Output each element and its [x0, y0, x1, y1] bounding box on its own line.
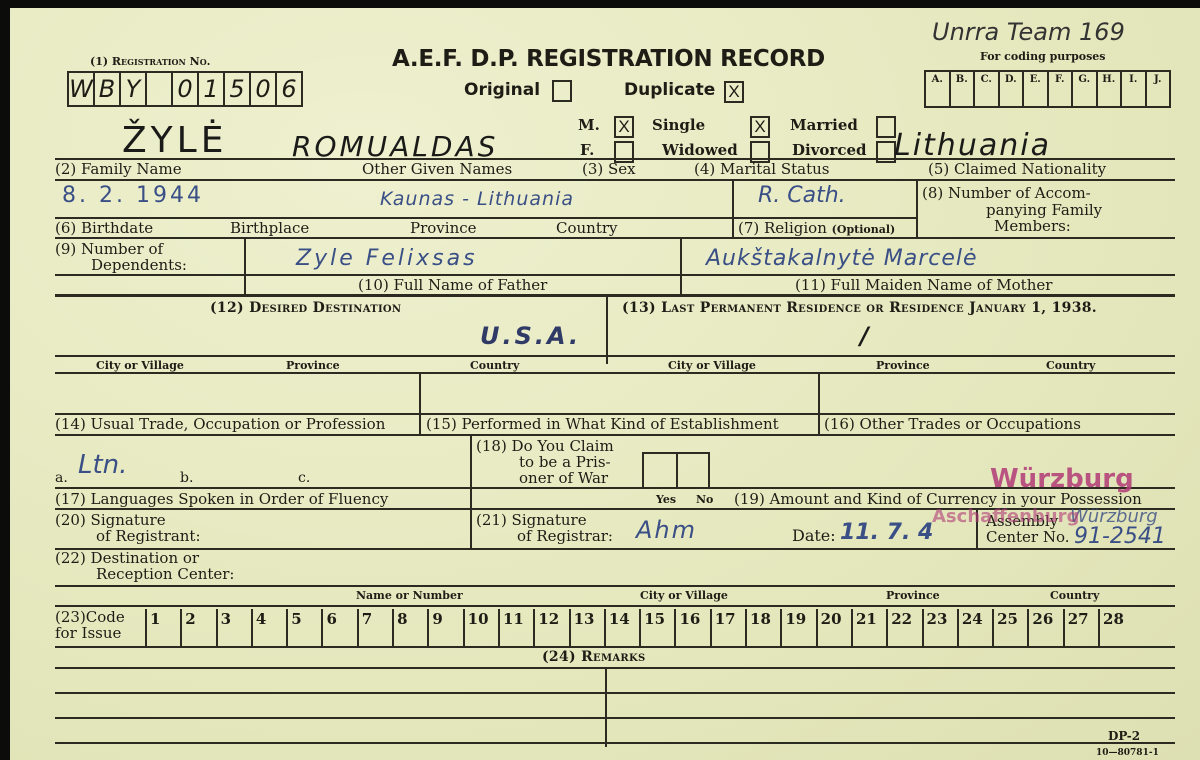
given-names-label: Other Given Names [362, 161, 512, 177]
pow-label-3: oner of War [519, 470, 608, 486]
divider [55, 667, 1175, 669]
issue-cell: 16 [674, 609, 709, 647]
issue-cell: 17 [710, 609, 745, 647]
registrar-label-1: (21) Signature [476, 512, 587, 528]
sex-f-label: F. [580, 142, 594, 158]
coding-cell: J. [1147, 72, 1170, 106]
divider [55, 585, 1175, 587]
remarks-line [55, 717, 1175, 719]
residence-value: / [860, 322, 869, 350]
father-label: (10) Full Name of Father [358, 277, 547, 293]
country-label: Country [556, 220, 618, 236]
pow-label-2: to be a Pris- [519, 454, 611, 470]
divider [419, 372, 421, 434]
accompanying-label-2: panying Family [986, 202, 1102, 218]
desired-destination-value: U.S.A. [480, 322, 581, 350]
trade-label: (14) Usual Trade, Occupation or Professi… [55, 416, 385, 432]
single-checkbox[interactable]: X [750, 116, 770, 138]
issue-cell: 2 [180, 609, 215, 647]
single-label: Single [652, 117, 705, 133]
lang-a-value: Ltn. [78, 450, 127, 480]
marital-label: (4) Marital Status [694, 161, 829, 177]
duplicate-checkbox[interactable]: X [724, 81, 744, 103]
divider [606, 296, 608, 364]
issue-cell: 3 [216, 609, 251, 647]
issue-group-country: Country [1050, 588, 1099, 604]
issue-cell: 15 [639, 609, 674, 647]
issue-cell: 7 [357, 609, 392, 647]
coding-cell: F. [1049, 72, 1074, 106]
divider [244, 237, 246, 295]
issue-cell: 26 [1027, 609, 1062, 647]
divider [55, 355, 1175, 357]
pow-yes-box[interactable] [642, 452, 678, 488]
divider [916, 179, 918, 239]
coding-cell: B. [951, 72, 976, 106]
reg-cell: 0 [251, 73, 277, 105]
desired-destination-label: (12) Desired Destination [210, 300, 401, 316]
date-value: 11. 7. 4 [840, 520, 933, 545]
reg-cell [147, 73, 173, 105]
remarks-line [55, 692, 1175, 694]
divider [680, 237, 682, 295]
reg-cell: 0 [173, 73, 199, 105]
original-label: Original [464, 80, 540, 100]
coding-cell: A. [926, 72, 951, 106]
stamp-wurzburg: Würzburg [990, 464, 1134, 494]
reg-cell: 1 [199, 73, 225, 105]
coding-cell: I. [1122, 72, 1147, 106]
registration-number-box: W B Y 0 1 5 0 6 [67, 71, 303, 107]
languages-label: (17) Languages Spoken in Order of Fluenc… [55, 491, 388, 507]
divider [732, 179, 734, 239]
issue-group-province: Province [886, 588, 940, 604]
divider [55, 548, 1175, 550]
reception-label-2: Reception Center: [96, 566, 234, 582]
center-number-value: 91-2541 [1074, 524, 1166, 549]
issue-cell: 25 [992, 609, 1027, 647]
coding-label: For coding purposes [980, 49, 1106, 65]
issue-cell: 12 [533, 609, 568, 647]
divider [605, 667, 607, 747]
reg-cell: 6 [277, 73, 301, 105]
duplicate-label: Duplicate [624, 80, 715, 100]
registrar-signature: Ahm [636, 516, 697, 544]
issue-cell: 8 [392, 609, 427, 647]
sex-label: (3) Sex [582, 161, 636, 177]
lang-b-label: b. [180, 470, 193, 486]
date-label: Date: [792, 528, 836, 544]
reg-cell: W [69, 73, 95, 105]
mother-label: (11) Full Maiden Name of Mother [795, 277, 1052, 293]
pow-no-label: No [696, 492, 713, 508]
issue-cell: 13 [569, 609, 604, 647]
print-code: 10—80781-1 [1096, 745, 1159, 760]
province-label: Province [410, 220, 477, 236]
coding-boxes: A. B. C. D. E. F. G. H. I. J. [924, 70, 1171, 108]
other-trades-label: (16) Other Trades or Occupations [824, 416, 1081, 432]
form-title: A.E.F. D.P. REGISTRATION RECORD [392, 46, 825, 72]
registration-label: (1) Registration No. [90, 54, 211, 70]
stamp-line-2: Aschaffenburg [932, 506, 1079, 527]
issue-cell: 11 [498, 609, 533, 647]
dependents-label-2: Dependents: [91, 257, 187, 273]
divider [55, 237, 1175, 239]
pow-label-1: (18) Do You Claim [476, 438, 614, 454]
assembly-handwritten: Würzburg [1070, 506, 1158, 527]
issue-group-city: City or Village [640, 588, 728, 604]
remarks-line [55, 742, 1175, 744]
issue-cell: 21 [851, 609, 886, 647]
birthdate-value: 8. 2. 1944 [62, 183, 204, 208]
birthplace-value: Kaunas - Lithuania [380, 188, 574, 210]
issue-group-name: Name or Number [356, 588, 463, 604]
accompanying-label-3: Members: [994, 218, 1071, 234]
residence-label: (13) Last Permanent Residence or Residen… [622, 300, 1097, 316]
coding-cell: E. [1024, 72, 1049, 106]
birthdate-label: (6) Birthdate [55, 220, 153, 236]
family-name-value: ŽYLĖ [122, 120, 227, 161]
divider [55, 605, 1175, 607]
original-checkbox[interactable] [552, 80, 572, 102]
pow-no-box[interactable] [676, 452, 710, 488]
divider [470, 434, 472, 548]
center-label: Center No. [986, 529, 1070, 545]
issue-cell: 10 [463, 609, 498, 647]
form-number: DP-2 [1108, 728, 1140, 744]
father-name-value: Zyle Felixsas [296, 246, 478, 271]
issue-cell: 14 [604, 609, 639, 647]
registrant-label-1: (20) Signature [55, 512, 166, 528]
sex-m-label: M. [578, 117, 600, 133]
issue-cell: 9 [427, 609, 462, 647]
birthplace-label: Birthplace [230, 220, 309, 236]
nationality-label: (5) Claimed Nationality [928, 161, 1106, 177]
issue-code-cells: 1 2 3 4 5 6 7 8 9 10 11 12 13 14 15 16 1… [145, 609, 1133, 647]
team-note: Unrra Team 169 [932, 18, 1125, 46]
divider [55, 179, 1175, 181]
reg-cell: 5 [225, 73, 251, 105]
accompanying-label-1: (8) Number of Accom- [922, 185, 1091, 201]
issue-cell: 24 [957, 609, 992, 647]
establishment-label: (15) Performed in What Kind of Establish… [426, 416, 779, 432]
family-name-label: (2) Family Name [55, 161, 182, 177]
mother-name-value: Aukštakalnytė Marcelė [706, 246, 978, 271]
issue-cell: 1 [145, 609, 180, 647]
issue-cell: 5 [286, 609, 321, 647]
religion-label: (7) Religion (Optional) [738, 220, 895, 238]
religion-optional: (Optional) [832, 223, 896, 236]
reg-cell: Y [121, 73, 147, 105]
pow-yes-label: Yes [656, 492, 676, 508]
remarks-label: (24) Remarks [542, 649, 646, 665]
lang-c-label: c. [298, 470, 310, 486]
issue-cell: 27 [1063, 609, 1098, 647]
coding-cell: C. [975, 72, 1000, 106]
issue-cell: 6 [321, 609, 356, 647]
divider [55, 646, 1175, 648]
issue-cell: 18 [745, 609, 780, 647]
married-label: Married [790, 117, 858, 133]
coding-cell: D. [1000, 72, 1025, 106]
issue-cell: 4 [251, 609, 286, 647]
issue-cell: 28 [1098, 609, 1133, 647]
reg-cell: B [95, 73, 121, 105]
divider [818, 372, 820, 434]
issue-cell: 20 [816, 609, 851, 647]
issue-label-1: (23)Code [55, 609, 125, 625]
sex-m-checkbox[interactable]: X [614, 116, 634, 138]
dependents-label-1: (9) Number of [55, 241, 163, 257]
issue-label-2: for Issue [55, 625, 121, 641]
registrant-label-2: of Registrant: [96, 528, 201, 544]
coding-cell: G. [1073, 72, 1098, 106]
divorced-label: Divorced [792, 142, 867, 158]
widowed-label: Widowed [662, 142, 738, 158]
registrar-label-2: of Registrar: [517, 528, 613, 544]
religion-label-text: (7) Religion [738, 219, 827, 237]
issue-cell: 19 [780, 609, 815, 647]
religion-value: R. Cath. [758, 183, 846, 208]
reception-label-1: (22) Destination or [55, 550, 199, 566]
issue-cell: 22 [886, 609, 921, 647]
issue-cell: 23 [922, 609, 957, 647]
married-checkbox[interactable] [876, 116, 896, 138]
dp-registration-card: Unrra Team 169 (1) Registration No. W B … [10, 8, 1200, 760]
divider [55, 294, 1175, 297]
coding-cell: H. [1098, 72, 1123, 106]
divider [55, 434, 1175, 436]
divider [55, 372, 1175, 374]
lang-a-label: a. [55, 470, 68, 486]
